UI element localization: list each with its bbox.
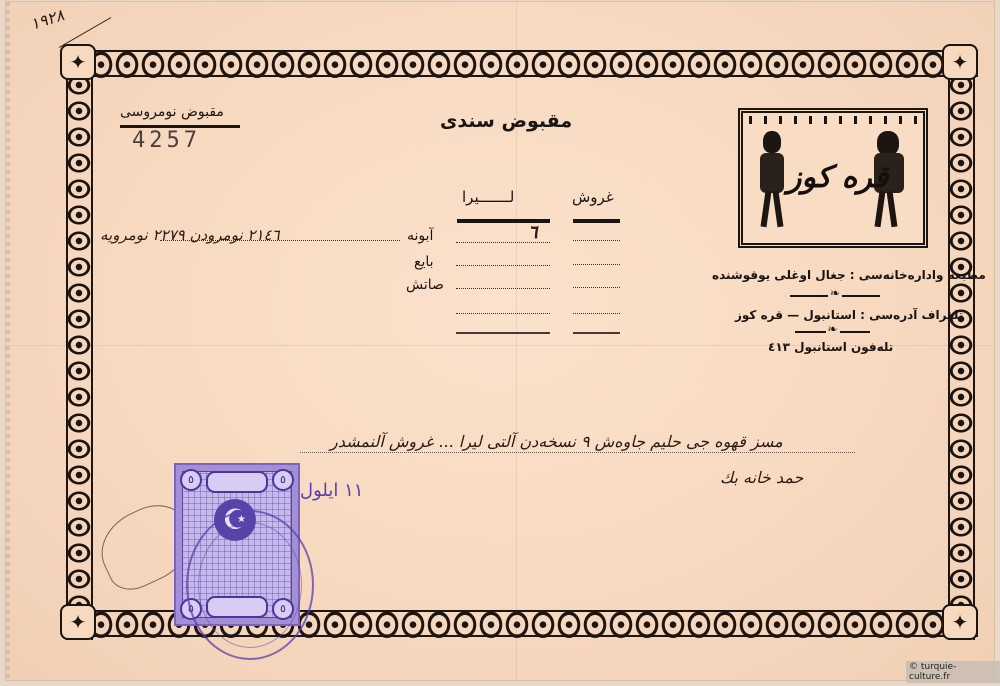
handwritten-receipt-text: مسز قهوه‌ جی حليم جاوه‌ش ٩ نسخه‌دن آلتی … xyxy=(330,432,783,451)
amount-line xyxy=(456,242,550,243)
border-corner-ornament-icon xyxy=(942,604,978,640)
publisher-address: مطبعه واداره‌خانه‌سی : جغال اوغلی يوقوشن… xyxy=(712,268,986,282)
amount-line xyxy=(456,288,550,289)
amount-line xyxy=(573,287,620,288)
flourish-divider-icon xyxy=(795,331,870,333)
publisher-telegraph: تلغراف آدره‌سی : استانبول — قره كوز xyxy=(735,308,963,322)
document-title: مقبوض سندی xyxy=(440,110,572,132)
total-rule-lira xyxy=(456,332,550,334)
hacivat-figure-icon xyxy=(755,131,789,231)
amount-line xyxy=(573,264,620,265)
amount-line xyxy=(573,313,620,314)
perforated-edge xyxy=(6,2,10,680)
row-label-seller: بايع xyxy=(414,254,434,270)
flourish-divider-icon xyxy=(790,295,880,297)
handwritten-line-dots xyxy=(300,452,855,453)
ornamental-border-top xyxy=(62,46,978,80)
date-stamp: ١١ ايلول xyxy=(300,480,363,501)
column-header-kurus: غروش xyxy=(572,188,614,206)
subscription-issue-range: ٢١٤٦ نومرودن ٢٢٧٩ نومرويه xyxy=(100,226,280,244)
column-header-lira: لـــــــیرا xyxy=(462,188,514,206)
row-label-subscription: آبونه xyxy=(407,228,433,244)
border-corner-ornament-icon xyxy=(942,44,978,80)
handwritten-name: حمد خانه بك xyxy=(720,468,803,487)
cancellation-postmark xyxy=(186,510,314,660)
amount-line xyxy=(456,313,550,314)
receipt-number-value: 4257 xyxy=(132,128,201,153)
border-corner-ornament-icon xyxy=(60,44,96,80)
row-label-sales: صاتش xyxy=(406,277,444,293)
logo-fringe-decoration xyxy=(749,116,917,124)
amount-line xyxy=(573,240,620,241)
stamp-denomination: ٥ xyxy=(180,469,202,491)
receipt-number-label: مقبوض نومروسی xyxy=(120,104,224,120)
logo-title: قره كوز xyxy=(787,160,888,195)
amount-line xyxy=(456,265,550,266)
stamp-banner-top xyxy=(206,471,268,493)
border-corner-ornament-icon xyxy=(60,604,96,640)
total-rule-kurus xyxy=(573,332,620,334)
fold-crease-vertical xyxy=(516,2,517,680)
amount-lira-value: ٦ xyxy=(528,222,538,243)
stamp-denomination: ٥ xyxy=(272,469,294,491)
ornamental-border-right xyxy=(944,46,978,640)
copyright-watermark: © turquie-culture.fr xyxy=(906,661,1000,683)
column-rule-kurus xyxy=(573,219,620,223)
ornamental-border-left xyxy=(62,46,96,640)
publisher-telephone: تله‌فون استانبول ٤١٣ xyxy=(768,340,893,354)
